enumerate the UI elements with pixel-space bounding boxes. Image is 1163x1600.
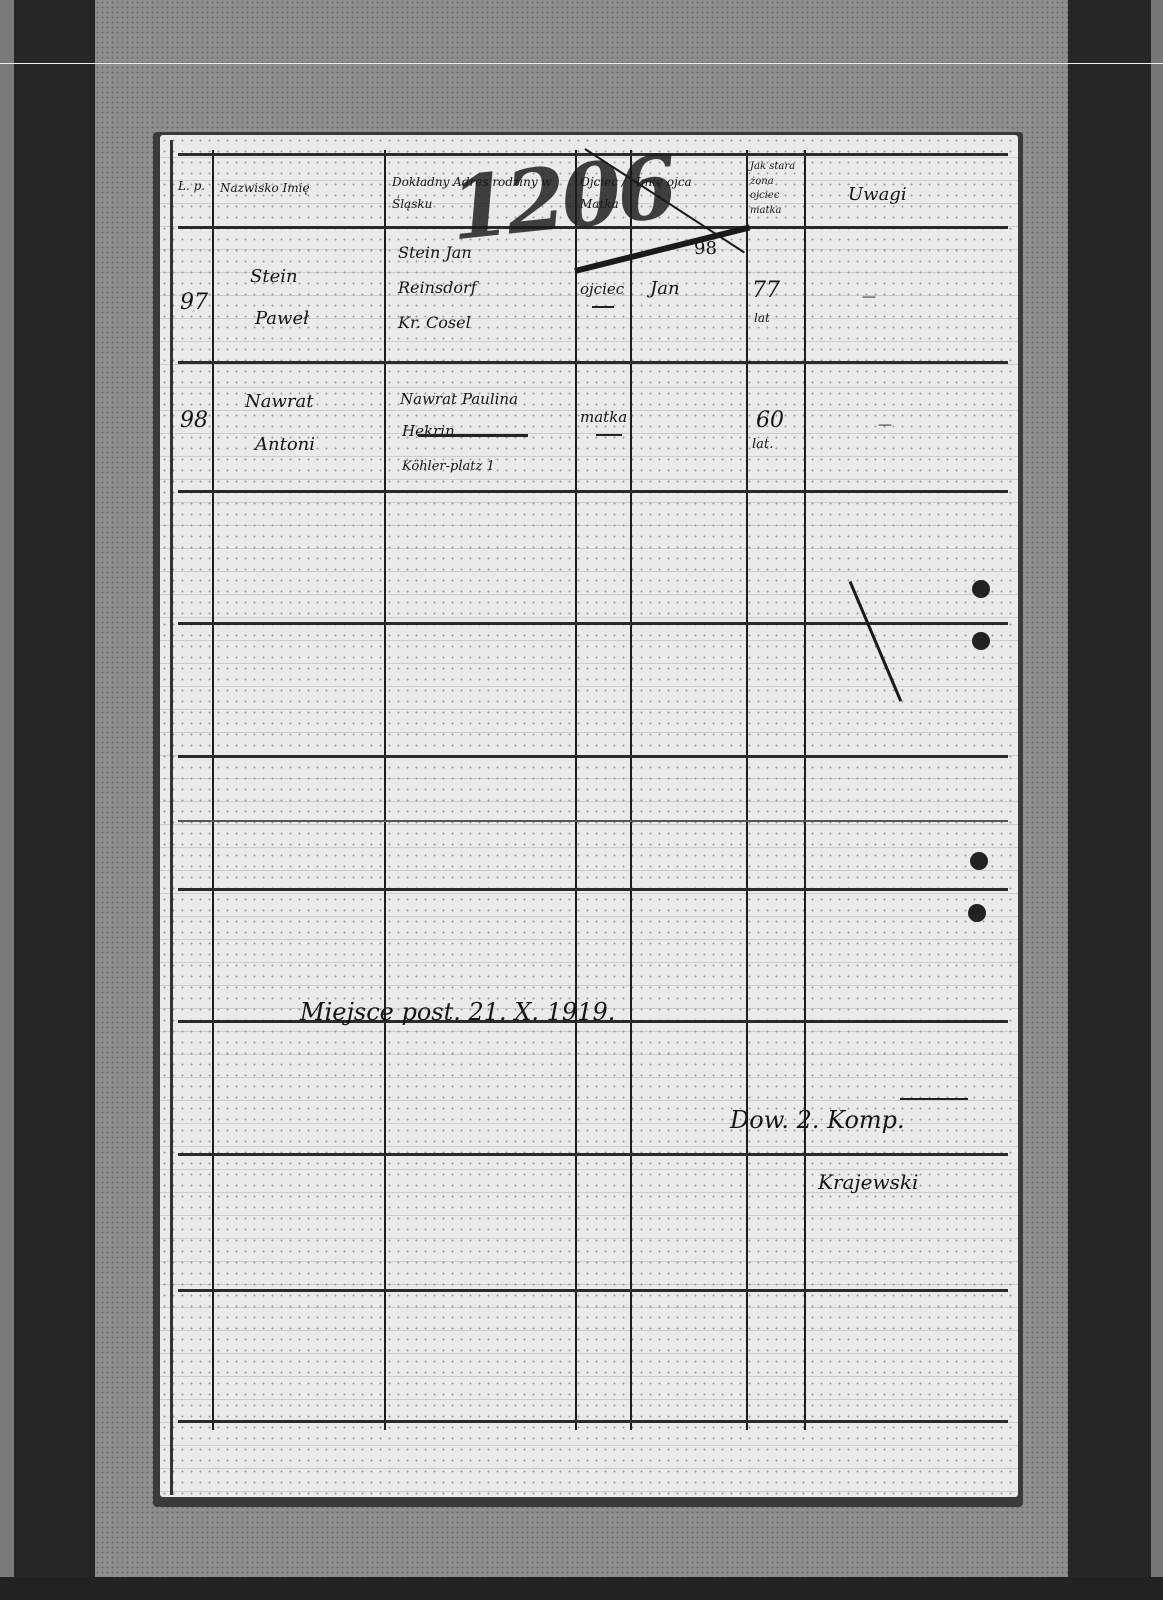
- rule-col-name: [384, 150, 386, 1430]
- rule-col-address: [575, 150, 577, 1430]
- film-edge-right: [1151, 0, 1163, 1600]
- row-98-remarks: —: [878, 418, 892, 432]
- film-border-right: [1068, 0, 1163, 1600]
- rule-row-8: [178, 1289, 1008, 1292]
- rule-row-5: [178, 888, 1008, 891]
- rule-row-9: [178, 1420, 1008, 1423]
- row-97-age: 77: [752, 280, 780, 302]
- footer-signature-name: Krajewski: [818, 1172, 918, 1192]
- rule-col-lp: [212, 150, 214, 1430]
- rule-row-4b: [178, 820, 1008, 822]
- footer-signature-title: Dow. 2. Komp.: [730, 1108, 905, 1132]
- header-remarks: Uwagi: [848, 186, 907, 204]
- ink-blot: [968, 904, 986, 922]
- ink-blot: [970, 852, 988, 870]
- row-97-annotation: 98: [694, 240, 717, 258]
- row-98-surname: Nawrat: [245, 393, 313, 411]
- rule-col-parent: [746, 150, 748, 1430]
- row-97-parent-name: Jan: [650, 280, 680, 298]
- header-name: Nazwisko Imię: [220, 182, 310, 194]
- film-edge-left: [0, 0, 14, 1600]
- row-97-address-2: Reinsdorf: [398, 280, 477, 296]
- ink-blot: [972, 632, 990, 650]
- rule-row-4: [178, 755, 1008, 758]
- row-97-lp: 97: [180, 292, 208, 314]
- rule-row-3: [178, 622, 1008, 625]
- film-border-left: [0, 0, 95, 1600]
- signature-flourish: [900, 1098, 968, 1100]
- row-98-address-3: Köhler-platz 1: [402, 460, 495, 473]
- rule-col-age: [804, 150, 806, 1430]
- row-97-age-unit: lat: [754, 312, 770, 324]
- rule-col-relation: [630, 150, 632, 1430]
- row-98-first-name: Antoni: [255, 436, 315, 454]
- film-border-bottom: [0, 1577, 1163, 1600]
- row-97-surname: Stein: [250, 268, 298, 286]
- ink-blot: [972, 580, 990, 598]
- row-97-first-name: Paweł: [255, 310, 309, 328]
- rule-row-98: [178, 490, 1008, 493]
- row-97-relation-underline: [592, 306, 614, 308]
- register-page: [160, 135, 1018, 1497]
- row-98-relation-underline: [596, 434, 622, 436]
- rule-row-7: [178, 1153, 1008, 1156]
- row-98-age-unit: lat.: [752, 438, 773, 451]
- row-98-age: 60: [756, 410, 784, 432]
- header-lp: L. p.: [178, 180, 208, 192]
- footer-place-date: Miejsce post. 21. X. 1919.: [300, 1000, 615, 1024]
- row-98-address-2-strikethrough: [418, 434, 528, 437]
- row-98-address-1: Nawrat Paulina: [400, 392, 518, 407]
- rule-margin: [170, 140, 173, 1495]
- row-97-address-3: Kr. Cosel: [398, 315, 471, 331]
- row-98-lp: 98: [180, 410, 208, 432]
- film-scratch: [0, 63, 1163, 64]
- row-97-address-1: Stein Jan: [398, 245, 472, 261]
- row-98-relation: matka: [580, 410, 627, 425]
- rule-row-97: [178, 361, 1008, 364]
- header-age: Jak stara żona ojciec matka: [750, 160, 802, 218]
- row-97-remarks: —: [862, 290, 876, 304]
- row-97-relation: ojciec: [580, 282, 624, 297]
